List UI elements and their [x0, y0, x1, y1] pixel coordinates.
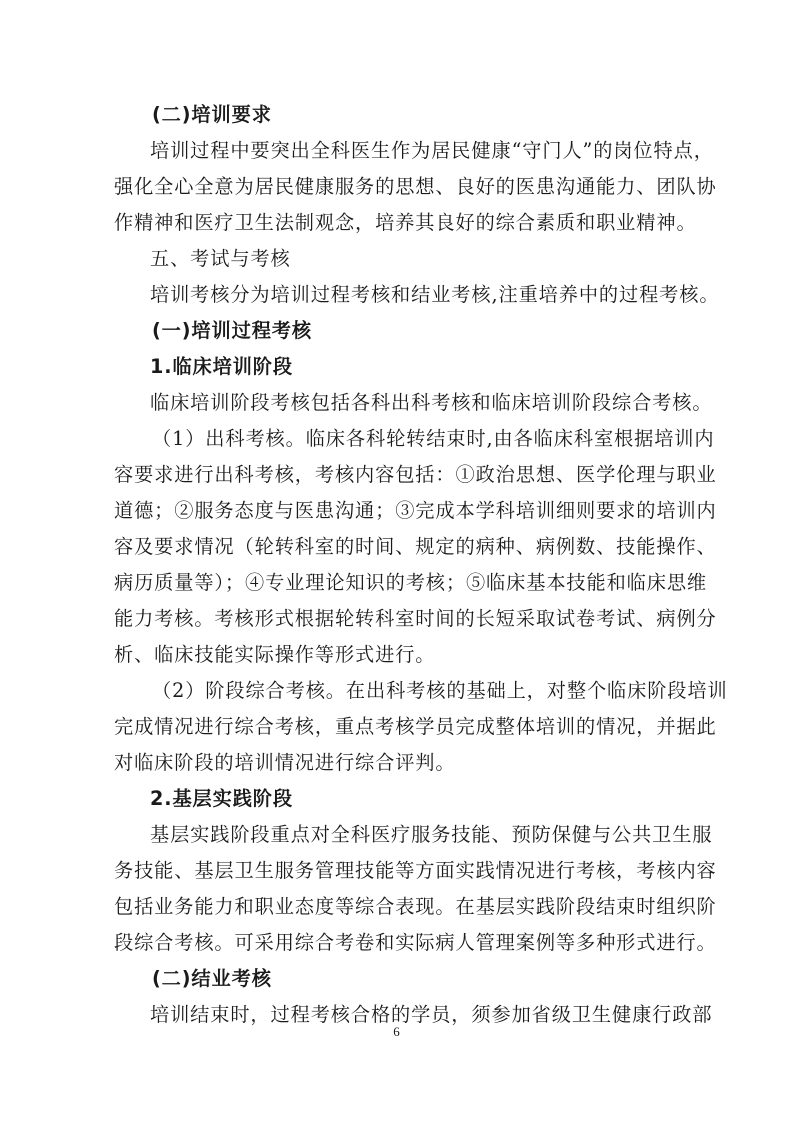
body-text-line: 完成情况进行综合考核，重点考核学员完成整体培训的情况，并据此 — [114, 715, 672, 739]
line-text: (二)培训要求 — [152, 103, 272, 126]
body-text-line: 能力考核。考核形式根据轮转科室时间的长短采取试卷考试、病例分 — [114, 607, 672, 631]
line-text: 基层实践阶段重点对全科医疗服务技能、预防保健与公共卫生服 — [150, 823, 672, 847]
line-text: 对临床阶段的培训情况进行综合评判。 — [114, 751, 456, 774]
body-text-line: 包括业务能力和职业态度等综合表现。在基层实践阶段结束时组织阶 — [114, 895, 672, 919]
body-text-line: 病历质量等）；④专业理论知识的考核；⑤临床基本技能和临床思维 — [114, 571, 672, 595]
body-text-line: 道德；②服务态度与医患沟通；③完成本学科培训细则要求的培训内 — [114, 499, 672, 523]
line-text: 容要求进行出科考核，考核内容包括：①政治思想、医学伦理与职业 — [114, 463, 672, 487]
line-text: 包括业务能力和职业态度等综合表现。在基层实践阶段结束时组织阶 — [114, 895, 672, 919]
body-text-line: 强化全心全意为居民健康服务的思想、良好的医患沟通能力、团队协 — [114, 175, 672, 199]
line-text: (二)结业考核 — [152, 967, 272, 990]
body-text-line: 对临床阶段的培训情况进行综合评判。 — [114, 751, 456, 775]
section-heading: 2.基层实践阶段 — [150, 787, 293, 811]
body-text-line: 培训考核分为培训过程考核和结业考核,注重培养中的过程考核。 — [150, 283, 672, 307]
line-text: 完成情况进行综合考核，重点考核学员完成整体培训的情况，并据此 — [114, 715, 672, 739]
body-text-line: 作精神和医疗卫生法制观念，培养其良好的综合素质和职业精神。 — [114, 211, 697, 235]
line-text: 道德；②服务态度与医患沟通；③完成本学科培训细则要求的培训内 — [114, 499, 672, 523]
line-text: 务技能、基层卫生服务管理技能等方面实践情况进行考核，考核内容 — [114, 859, 672, 883]
body-text-line: （1）出科考核。临床各科轮转结束时,由各临床科室根据培训内 — [152, 427, 672, 451]
line-text: 病历质量等）；④专业理论知识的考核；⑤临床基本技能和临床思维 — [114, 571, 672, 595]
body-text-line: 务技能、基层卫生服务管理技能等方面实践情况进行考核，考核内容 — [114, 859, 672, 883]
page-number: 6 — [0, 1024, 793, 1040]
line-text: 段综合考核。可采用综合考卷和实际病人管理案例等多种形式进行。 — [114, 931, 672, 955]
body-text-line: 基层实践阶段重点对全科医疗服务技能、预防保健与公共卫生服 — [150, 823, 672, 847]
line-text: (一)培训过程考核 — [152, 319, 312, 342]
line-text: 培训考核分为培训过程考核和结业考核,注重培养中的过程考核。 — [150, 283, 672, 307]
line-text: 作精神和医疗卫生法制观念，培养其良好的综合素质和职业精神。 — [114, 211, 697, 234]
line-text: 临床培训阶段考核包括各科出科考核和临床培训阶段综合考核。 — [150, 391, 672, 415]
body-text-line: 段综合考核。可采用综合考卷和实际病人管理案例等多种形式进行。 — [114, 931, 672, 955]
body-text-line: 析、临床技能实际操作等形式进行。 — [114, 643, 435, 667]
body-text-line: （2）阶段综合考核。在出科考核的基础上，对整个临床阶段培训 — [152, 679, 672, 703]
section-heading: 1.临床培训阶段 — [150, 355, 293, 379]
line-text: 1.临床培训阶段 — [150, 355, 293, 378]
body-text-line: 临床培训阶段考核包括各科出科考核和临床培训阶段综合考核。 — [150, 391, 672, 415]
line-text: 容及要求情况（轮转科室的时间、规定的病种、病例数、技能操作、 — [114, 535, 672, 559]
body-text-line: 容及要求情况（轮转科室的时间、规定的病种、病例数、技能操作、 — [114, 535, 672, 559]
line-text: 2.基层实践阶段 — [150, 787, 293, 810]
line-text: 析、临床技能实际操作等形式进行。 — [114, 643, 435, 666]
body-text-line: 培训过程中要突出全科医生作为居民健康“守门人”的岗位特点， — [150, 139, 672, 163]
section-heading: (一)培训过程考核 — [152, 319, 312, 343]
body-text-line: 五、考试与考核 — [150, 247, 291, 271]
line-text: 五、考试与考核 — [150, 247, 291, 270]
line-text: 强化全心全意为居民健康服务的思想、良好的医患沟通能力、团队协 — [114, 175, 672, 199]
section-heading: (二)培训要求 — [152, 103, 272, 127]
body-text-line: 容要求进行出科考核，考核内容包括：①政治思想、医学伦理与职业 — [114, 463, 672, 487]
line-text: 能力考核。考核形式根据轮转科室时间的长短采取试卷考试、病例分 — [114, 607, 672, 631]
line-text: 培训过程中要突出全科医生作为居民健康“守门人”的岗位特点， — [150, 139, 672, 163]
line-text: （2）阶段综合考核。在出科考核的基础上，对整个临床阶段培训 — [152, 679, 672, 703]
line-text: （1）出科考核。临床各科轮转结束时,由各临床科室根据培训内 — [152, 427, 672, 451]
section-heading: (二)结业考核 — [152, 967, 272, 991]
